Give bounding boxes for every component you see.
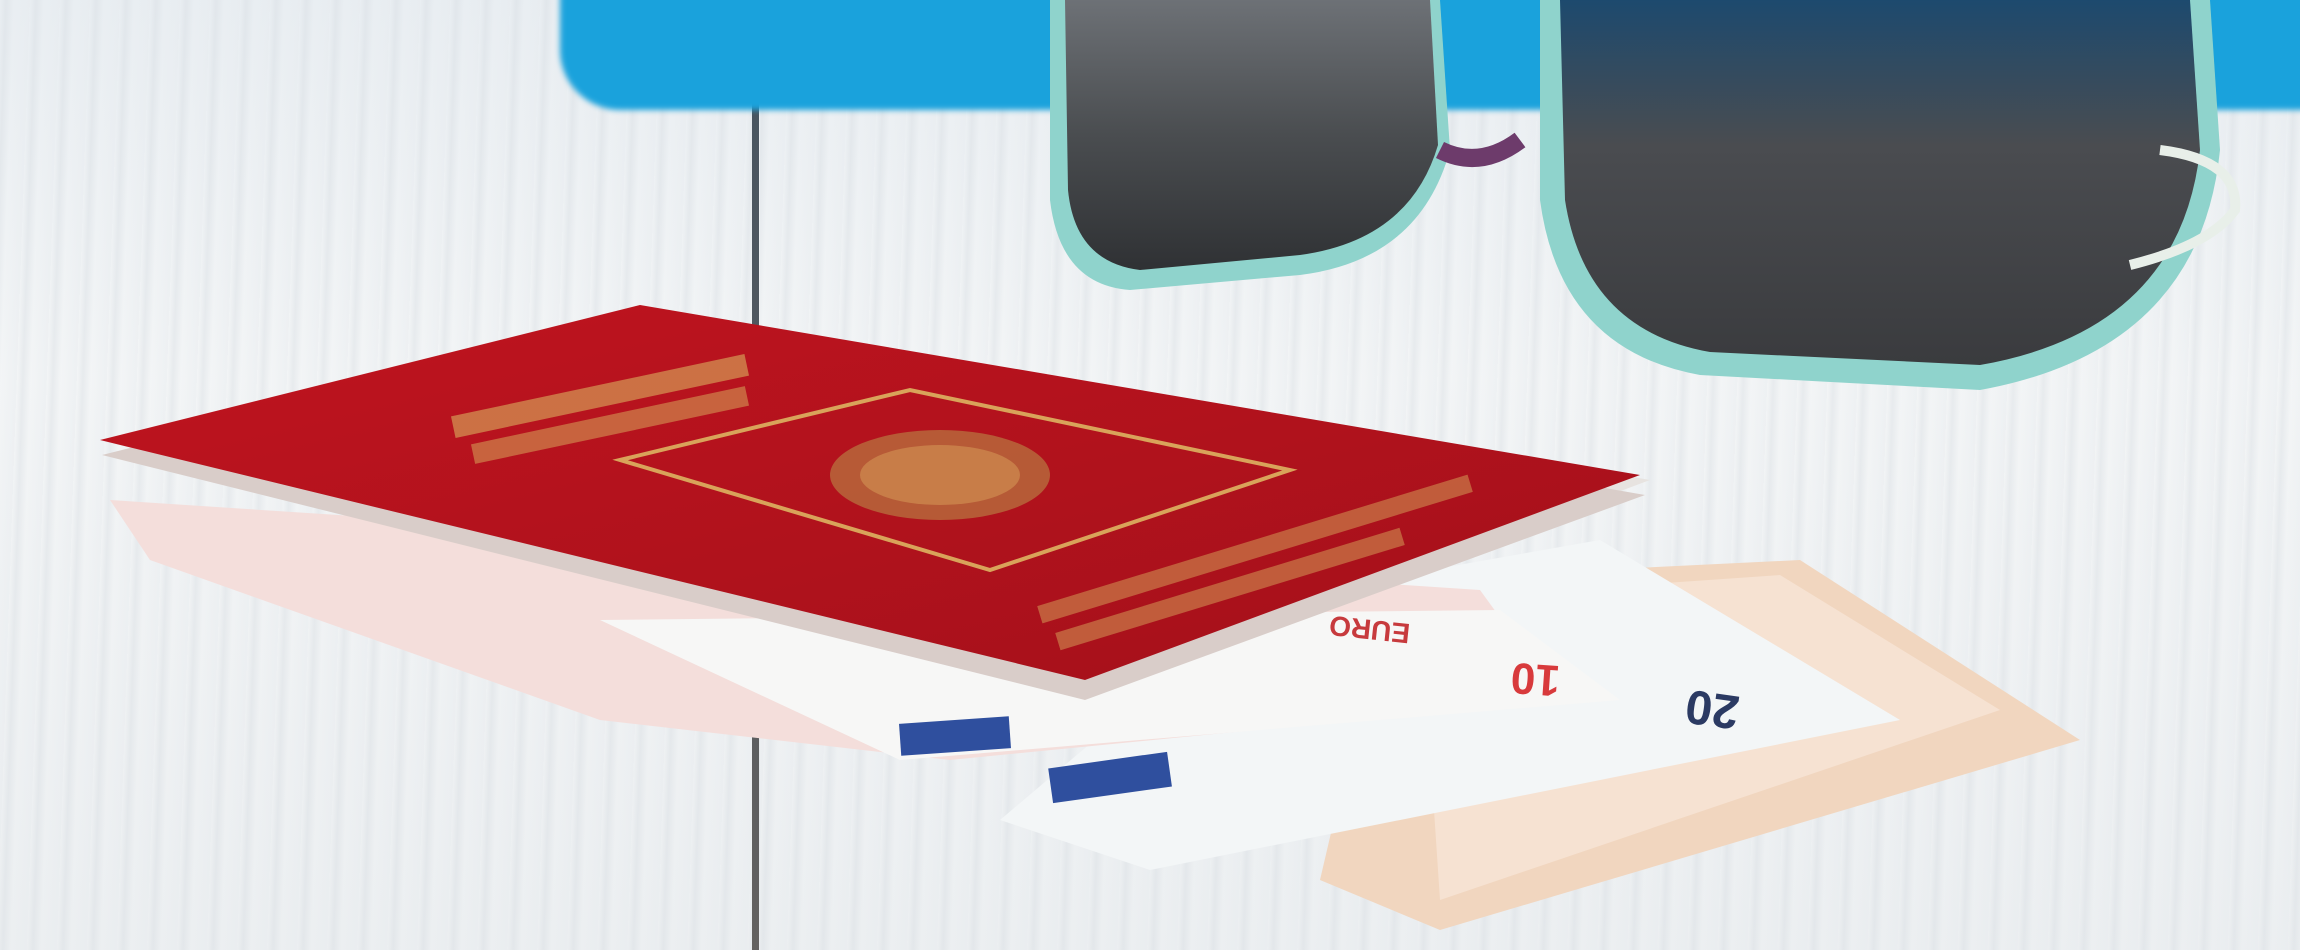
sunglasses: [1050, 0, 2235, 390]
photo-objects: 10 EURO 20: [0, 0, 2300, 950]
banknote-10-value: 10: [1509, 653, 1561, 705]
banknote-20-value: 20: [1682, 679, 1742, 739]
photo-scene: 10 EURO 20: [0, 0, 2300, 950]
